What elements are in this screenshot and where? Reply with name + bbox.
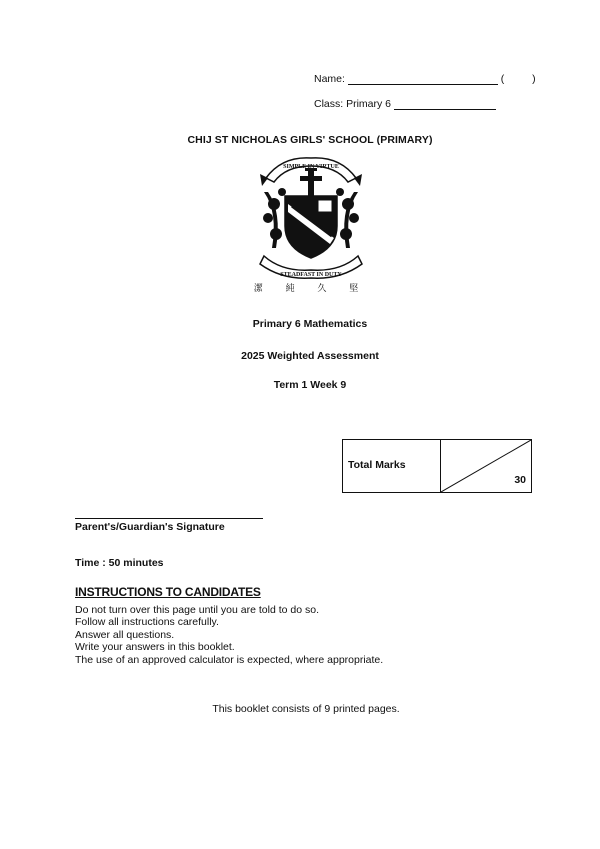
total-marks-box: Total Marks 30	[342, 439, 532, 493]
marks-total: 30	[514, 474, 526, 486]
svg-text:STEADFAST IN DUTY: STEADFAST IN DUTY	[280, 272, 342, 278]
time-allowed: Time : 50 minutes	[75, 557, 164, 569]
instruction-item: The use of an approved calculator is exp…	[75, 654, 383, 666]
register-open: (	[501, 73, 505, 85]
total-marks-score-cell[interactable]: 30	[441, 440, 531, 492]
assessment-title: 2025 Weighted Assessment	[0, 350, 600, 362]
class-label: Class: Primary 6	[314, 98, 391, 110]
name-field: Name: ( )	[314, 73, 536, 85]
register-close: )	[532, 73, 536, 85]
instructions-list: Do not turn over this page until you are…	[75, 604, 383, 666]
subject-title: Primary 6 Mathematics	[0, 318, 600, 330]
page-count-note: This booklet consists of 9 printed pages…	[0, 703, 600, 715]
instruction-item: Do not turn over this page until you are…	[75, 604, 383, 616]
signature-line[interactable]	[75, 518, 263, 519]
signature-label: Parent's/Guardian's Signature	[75, 521, 225, 533]
total-marks-label-cell: Total Marks	[343, 440, 441, 492]
instructions-heading: INSTRUCTIONS TO CANDIDATES	[75, 585, 261, 599]
name-input-line[interactable]	[348, 73, 498, 85]
school-crest-icon: SIMPLE IN VIRTUE STEADFAST IN DUTY 潔 純 久…	[252, 152, 370, 292]
name-label: Name:	[314, 73, 345, 85]
total-marks-label: Total Marks	[348, 459, 406, 471]
instruction-item: Follow all instructions carefully.	[75, 616, 383, 628]
instruction-item: Write your answers in this booklet.	[75, 641, 383, 653]
instruction-item: Answer all questions.	[75, 629, 383, 641]
svg-text:潔 純 久 堅: 潔 純 久 堅	[254, 282, 369, 292]
class-field: Class: Primary 6	[314, 98, 496, 110]
class-input-line[interactable]	[394, 98, 496, 110]
term-label: Term 1 Week 9	[0, 379, 600, 391]
school-name: CHIJ ST NICHOLAS GIRLS' SCHOOL (PRIMARY)	[0, 134, 600, 146]
